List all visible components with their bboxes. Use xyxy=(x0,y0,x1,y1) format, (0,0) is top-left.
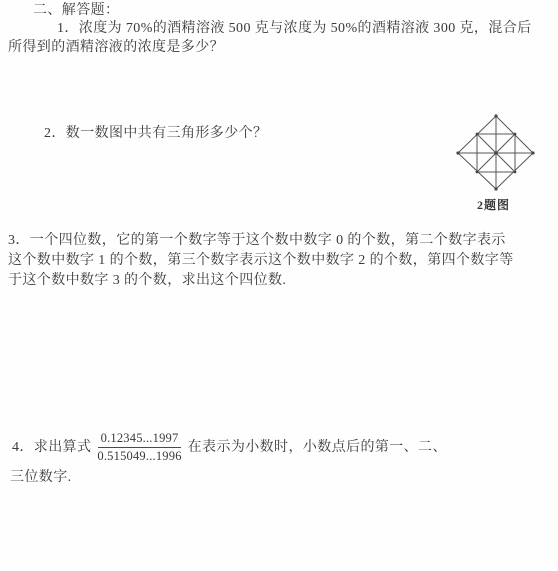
question-4-line-1: 4．求出算式 0.12345...1997 0.515049...1996 在表… xyxy=(12,431,447,464)
fraction-denominator: 0.515049...1996 xyxy=(94,448,184,464)
worksheet-page: 二、解答题： 1．浓度为 70%的酒精溶液 500 克与浓度为 50%的酒精溶液… xyxy=(0,0,558,571)
question-4-fraction: 0.12345...1997 0.515049...1996 xyxy=(94,431,184,464)
question-3-line-1: 3．一个四位数，它的第一个数字等于这个数中数字 0 的个数，第二个数字表示 xyxy=(8,232,506,250)
fraction-numerator: 0.12345...1997 xyxy=(98,431,182,448)
question-3-line-3: 于这个数中数字 3 的个数，求出这个四位数. xyxy=(8,272,286,290)
triangle-count-diagram-icon xyxy=(451,108,543,198)
question-4-prefix: 4．求出算式 xyxy=(12,439,91,457)
question-2-text: 2．数一数图中共有三角形多少个？ xyxy=(44,125,267,143)
figure-caption: 2题图 xyxy=(477,196,510,214)
question-4-suffix: 在表示为小数时，小数点后的第一、二、 xyxy=(188,439,447,457)
question-4-line-2: 三位数字. xyxy=(10,469,72,487)
question-1-line-1: 1．浓度为 70%的酒精溶液 500 克与浓度为 50%的酒精溶液 300 克，… xyxy=(57,20,532,38)
question-3-line-2: 这个数中数字 1 的个数，第三个数字表示这个数中数字 2 的个数，第四个数字等 xyxy=(8,252,514,270)
question-2-figure xyxy=(451,108,543,198)
question-1-line-2: 所得到的酒精溶液的浓度是多少？ xyxy=(8,39,224,57)
section-heading: 二、解答题： xyxy=(33,2,119,20)
